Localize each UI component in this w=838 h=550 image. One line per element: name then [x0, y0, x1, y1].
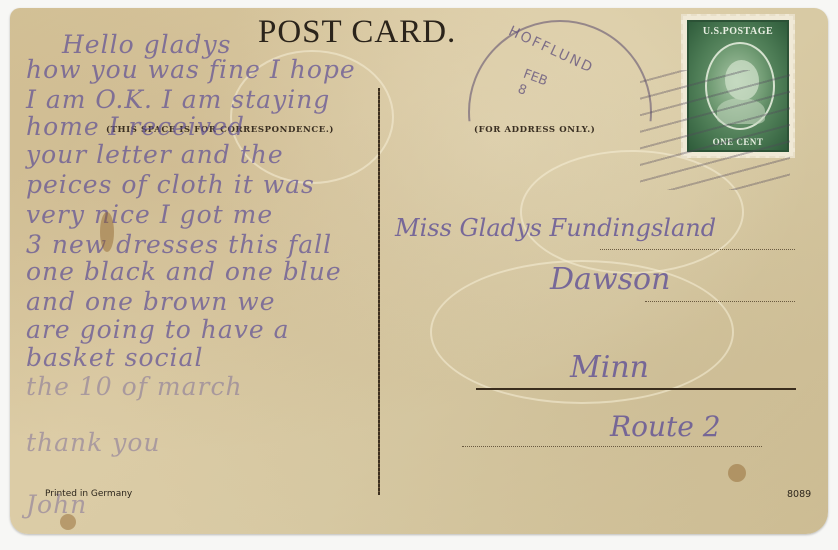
- message-line: are going to have a: [26, 315, 290, 344]
- message-line: one black and one blue: [26, 257, 342, 286]
- stain-mark: [728, 464, 746, 482]
- address-caption: (FOR ADDRESS ONLY.): [474, 125, 595, 135]
- recipient-name: Miss Gladys Fundingsland: [395, 214, 716, 242]
- message-line: your letter and the: [26, 140, 284, 169]
- postage-stamp: U.S.POSTAGE ONE CENT: [681, 14, 795, 158]
- portrait-body-shape: [717, 98, 765, 124]
- address-line-4: [462, 446, 762, 447]
- printed-in-germany-note: Printed in Germany: [45, 489, 132, 499]
- message-line: home I received: [26, 112, 245, 141]
- recipient-state: Minn: [570, 350, 649, 385]
- postcard-title: POST CARD.: [258, 14, 456, 51]
- address-line-2: [645, 301, 795, 302]
- recipient-city: Dawson: [550, 262, 670, 297]
- center-divider: [378, 88, 380, 495]
- address-line-1: [600, 249, 795, 250]
- stamp-face: U.S.POSTAGE ONE CENT: [687, 20, 789, 152]
- address-line-3: [476, 388, 796, 390]
- stain-mark: [60, 514, 76, 530]
- message-line: peices of cloth it was: [26, 170, 315, 199]
- message-line: 3 new dresses this fall: [26, 230, 332, 259]
- message-line: and one brown we: [26, 287, 276, 316]
- franklin-portrait-icon: [705, 42, 775, 130]
- message-line: the 10 of march: [26, 372, 243, 401]
- stamp-top-text: U.S.POSTAGE: [689, 26, 787, 37]
- stain-mark: [100, 212, 114, 252]
- message-line: I am O.K. I am staying: [26, 85, 330, 114]
- portrait-head-shape: [725, 60, 759, 100]
- message-line: very nice I got me: [26, 200, 273, 229]
- stamp-bottom-text: ONE CENT: [689, 137, 787, 147]
- message-line: thank you: [26, 428, 161, 457]
- card-number: 8089: [787, 489, 811, 500]
- message-line: how you was fine I hope: [26, 55, 356, 84]
- message-line: basket social: [26, 343, 203, 372]
- recipient-route: Route 2: [610, 410, 721, 443]
